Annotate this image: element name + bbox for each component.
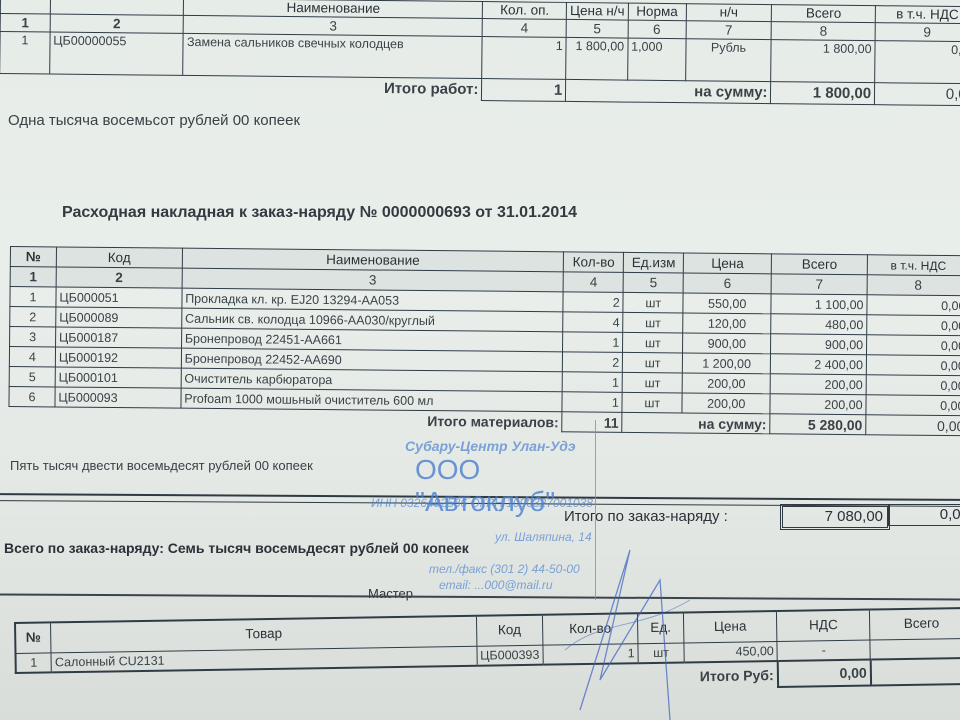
materials-title: Расходная накладная к заказ-наряду № 000… <box>62 204 577 222</box>
row-code: ЦБ000192 <box>55 347 181 368</box>
row-number: 3 <box>10 327 56 347</box>
stamp-line-3: ИНН 0326482536 ОГРН 1090327001038 <box>371 496 593 510</box>
works-table: Наименование Кол. оп. Цена н/ч Норма н/ч… <box>0 0 960 106</box>
works-header-norm: Норма <box>628 3 686 21</box>
row-vat: 0,00 <box>866 395 960 416</box>
goods-total-empty <box>871 658 960 686</box>
row-unit: шт <box>622 372 682 393</box>
materials-header-unit: Ед.изм <box>624 252 684 273</box>
colnum: 5 <box>566 19 628 38</box>
colnum: 2 <box>50 14 184 33</box>
colnum: 6 <box>628 20 686 39</box>
materials-header-n: № <box>10 247 56 267</box>
row-total: 1 800,00 <box>771 40 875 83</box>
works-header-price: Цена н/ч <box>567 2 629 20</box>
works-header-vat: в т.ч. НДС <box>875 6 960 24</box>
row-qty: 1 <box>482 37 566 80</box>
goods-header-n: № <box>15 622 51 653</box>
stamp-line-5: тел./факс (301 2) 44-50-00 <box>429 562 580 576</box>
row-qty: 4 <box>563 312 623 333</box>
row-unit: шт <box>623 292 683 313</box>
row-name: Замена сальников свечных колодцев <box>183 33 482 78</box>
row-number: 1 <box>0 32 50 75</box>
row-qty: 1 <box>562 392 622 413</box>
row-number: 5 <box>9 366 55 386</box>
materials-total-vat: 0,00 <box>866 415 960 436</box>
row-norm: 1,000 <box>627 38 685 81</box>
colnum: 1 <box>0 14 50 33</box>
materials-header-price: Цена <box>684 253 772 274</box>
works-total-sum: 1 800,00 <box>771 82 875 105</box>
colnum: 7 <box>771 274 867 295</box>
materials-sum-label: на сумму: <box>622 412 770 433</box>
row-number: 4 <box>9 347 55 367</box>
row-vat: 0,00 <box>866 375 960 396</box>
row-total: 900,00 <box>771 334 867 355</box>
colnum: 2 <box>56 267 182 288</box>
signature-scribble <box>560 520 760 720</box>
row-unit: шт <box>623 352 683 373</box>
row-code: ЦБ000101 <box>55 367 181 388</box>
row-qty: 2 <box>563 292 623 313</box>
row-code: ЦБ000393 <box>477 645 543 666</box>
goods-header-code: Код <box>476 615 543 646</box>
goods-header-vat: НДС <box>777 610 871 641</box>
row-unit: Рубль <box>685 39 771 82</box>
works-header-code <box>50 0 184 15</box>
row-vat: 0,00 <box>867 295 960 316</box>
row-price: 550,00 <box>683 293 771 314</box>
colnum: 4 <box>563 272 623 293</box>
materials-table: № Код Наименование Кол-во Ед.изм Цена Вс… <box>8 246 960 436</box>
order-total-vat: 0,00 <box>888 504 960 526</box>
works-header-unit: н/ч <box>686 4 772 22</box>
row-vat: 0,00 <box>867 335 960 356</box>
row-number: 1 <box>10 287 56 307</box>
row-total: 200,00 <box>770 394 866 415</box>
row-price: 200,00 <box>682 393 770 414</box>
colnum: 7 <box>686 21 772 40</box>
colnum: 8 <box>771 22 875 41</box>
row-vat: 0,00 <box>866 355 960 376</box>
works-total-label: Итого работ: <box>183 75 482 100</box>
row-vat: 0,00 <box>867 315 960 336</box>
row-code: ЦБ000089 <box>56 307 182 328</box>
row-total: 480,00 <box>771 314 867 335</box>
works-sum-label: на сумму: <box>566 79 771 103</box>
row-total: 200,00 <box>770 374 866 395</box>
row-price: 1 800,00 <box>566 37 628 80</box>
materials-header-qty: Кол-во <box>564 252 624 273</box>
materials-sum-in-words: Пять тысяч двести восемьдесят рублей 00 … <box>10 458 313 473</box>
row-price: 120,00 <box>683 313 771 334</box>
materials-header-code: Код <box>56 247 182 268</box>
row-price: 1 200,00 <box>683 353 771 374</box>
goods-header-total: Всего <box>870 608 960 640</box>
row-number: 1 <box>15 652 51 673</box>
row-unit: шт <box>623 332 683 353</box>
row-price: 900,00 <box>683 333 771 354</box>
row-total <box>870 638 960 660</box>
materials-header-total: Всего <box>771 254 867 275</box>
works-header-total: Всего <box>772 5 876 23</box>
row-qty: 2 <box>563 352 623 373</box>
row-price: 200,00 <box>682 373 770 394</box>
colnum: 1 <box>10 267 56 287</box>
row-qty: 1 <box>562 372 622 393</box>
row-code: ЦБ00000055 <box>49 32 183 75</box>
materials-header-vat: в т.ч. НДС <box>867 255 960 276</box>
colnum: 6 <box>683 273 771 294</box>
row-unit: шт <box>623 312 683 333</box>
row-qty: 1 <box>563 332 623 353</box>
row-total: 2 400,00 <box>770 354 866 375</box>
row-code: ЦБ000093 <box>55 387 181 408</box>
materials-total-sum: 5 280,00 <box>770 414 866 435</box>
row-number: 6 <box>9 386 55 406</box>
stamp-line-6: email: ...000@mail.ru <box>439 578 553 592</box>
stamp-line-1: Субару-Центр Улан-Удэ <box>405 438 576 454</box>
colnum: 9 <box>875 23 960 42</box>
row-code: ЦБ000187 <box>55 327 181 348</box>
goods-total-vat: 0,00 <box>777 660 871 687</box>
row-total: 1 100,00 <box>771 294 867 315</box>
works-total-qty: 1 <box>482 79 566 102</box>
colnum: 5 <box>623 272 683 293</box>
row-vat: 0,00 <box>875 41 960 84</box>
row-unit: шт <box>622 392 682 413</box>
order-total-sum: 7 080,00 <box>780 504 890 530</box>
colnum: 4 <box>482 19 566 38</box>
works-total-vat: 0,00 <box>875 83 960 106</box>
row-number: 2 <box>10 307 56 327</box>
goods-table: № Товар Код Кол-во Ед. Цена НДС Всего 1 … <box>14 607 960 700</box>
works-header-n <box>0 0 50 14</box>
row-vat: - <box>777 640 870 661</box>
row-code: ЦБ000051 <box>56 287 182 308</box>
works-sum-in-words: Одна тысяча восемьсот рублей 00 копеек <box>8 112 300 129</box>
colnum: 8 <box>867 275 960 296</box>
works-header-qty: Кол. оп. <box>483 2 567 20</box>
